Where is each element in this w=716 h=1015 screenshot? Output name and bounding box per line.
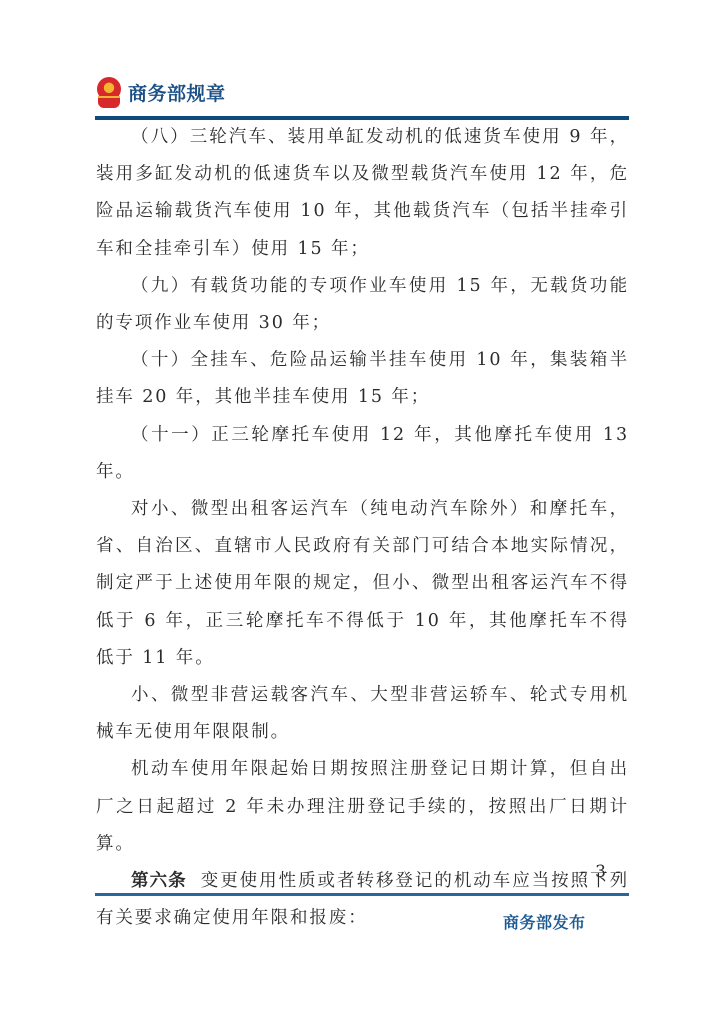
paragraph-item-10: （十）全挂车、危险品运输半挂车使用 10 年，集装箱半挂车 20 年，其他半挂车… bbox=[96, 342, 629, 416]
paragraph-taxi-note: 对小、微型出租客运汽车（纯电动汽车除外）和摩托车，省、自治区、直辖市人民政府有关… bbox=[96, 491, 629, 677]
paragraph-item-11: （十一）正三轮摩托车使用 12 年，其他摩托车使用 13 年。 bbox=[96, 417, 629, 491]
article-6-heading: 第六条 bbox=[131, 871, 187, 891]
paragraph-no-limit-note: 小、微型非营运载客汽车、大型非营运轿车、轮式专用机械车无使用年限限制。 bbox=[96, 677, 629, 751]
paragraph-item-8: （八）三轮汽车、装用单缸发动机的低速货车使用 9 年，装用多缸发动机的低速货车以… bbox=[96, 119, 629, 268]
footer-publisher: 商务部发布 bbox=[503, 910, 586, 933]
header-title: 商务部规章 bbox=[128, 79, 226, 106]
document-header: 商务部规章 bbox=[95, 74, 226, 110]
paragraph-start-date-note: 机动车使用年限起始日期按照注册登记日期计算，但自出厂之日起超过 2 年未办理注册… bbox=[96, 751, 629, 863]
footer-divider bbox=[95, 893, 629, 896]
national-emblem-icon bbox=[95, 76, 123, 108]
page-number: - 3 - bbox=[580, 862, 623, 882]
paragraph-item-9: （九）有载货功能的专项作业车使用 15 年，无载货功能的专项作业车使用 30 年… bbox=[96, 268, 629, 342]
document-body: （八）三轮汽车、装用单缸发动机的低速货车使用 9 年，装用多缸发动机的低速货车以… bbox=[96, 119, 629, 937]
